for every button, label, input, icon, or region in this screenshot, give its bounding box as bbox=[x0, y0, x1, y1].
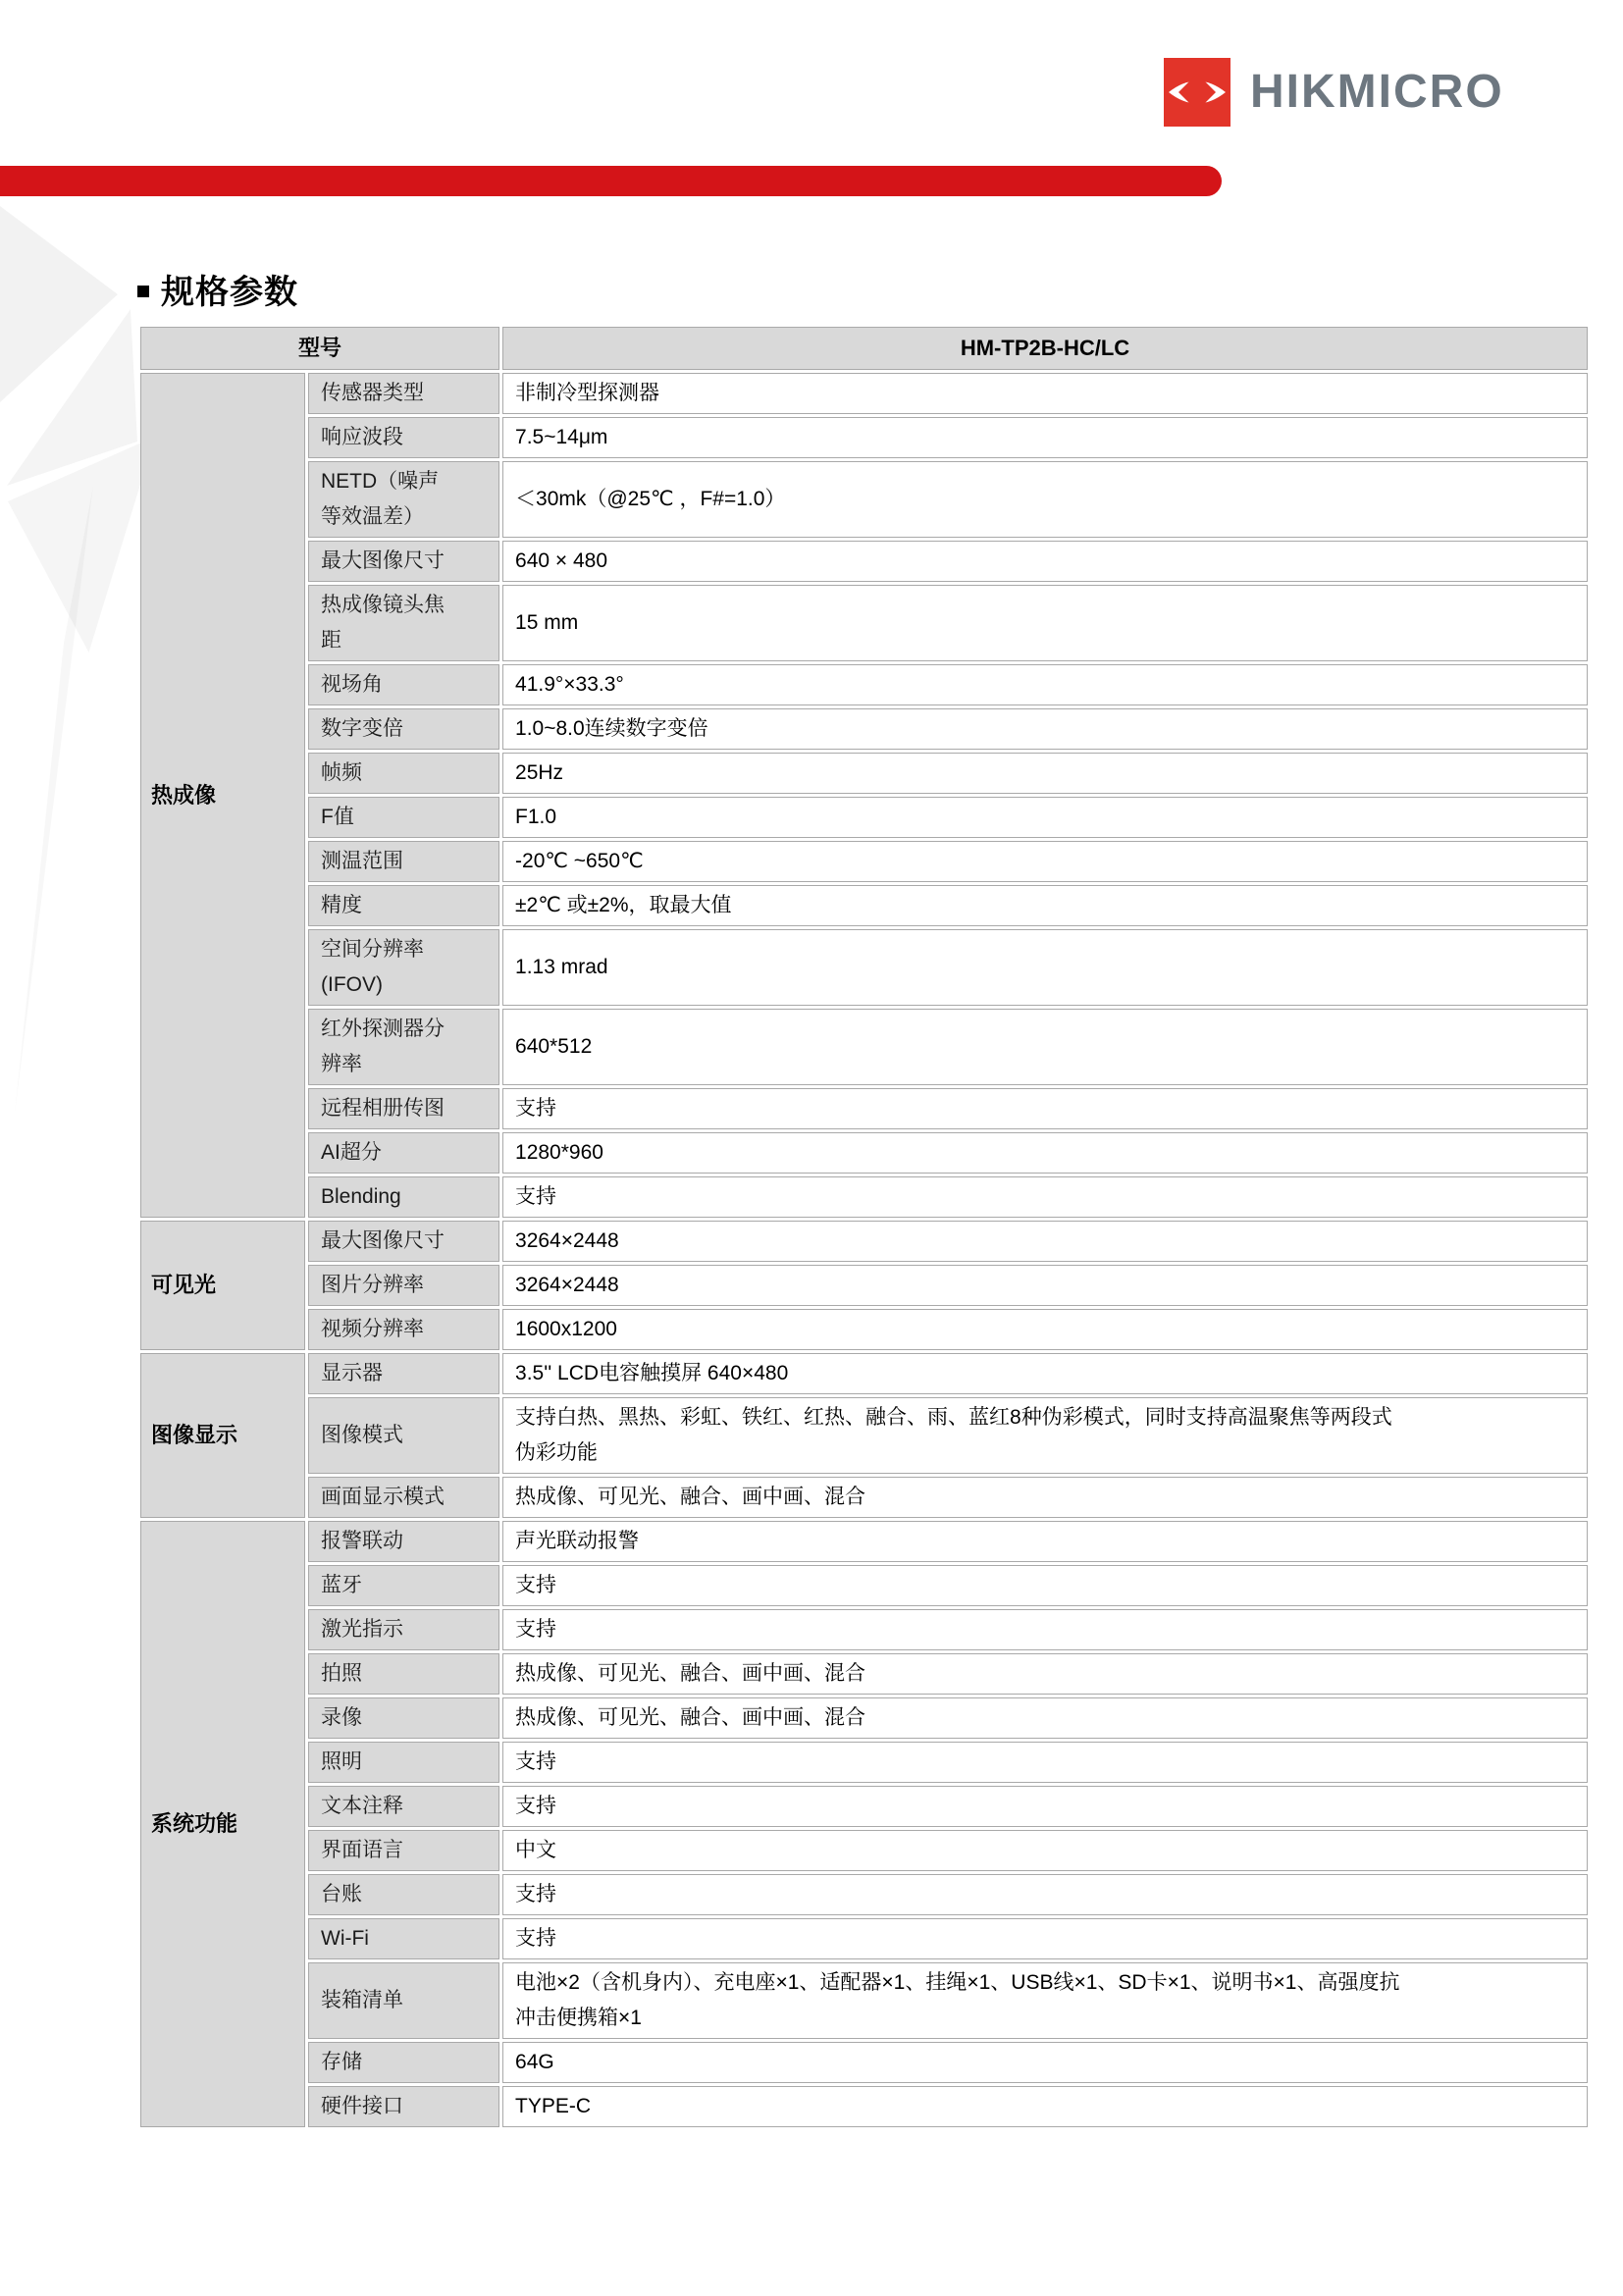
param-label: 蓝牙 bbox=[308, 1565, 499, 1606]
table-row: 可见光 最大图像尺寸 3264×2448 bbox=[140, 1221, 1588, 1262]
table-row: 录像热成像、可见光、融合、画中画、混合 bbox=[140, 1697, 1588, 1739]
table-row: 测温范围-20℃ ~650℃ bbox=[140, 841, 1588, 882]
param-value: ±2℃ 或±2%，取最大值 bbox=[502, 885, 1588, 926]
table-row: 帧频25Hz bbox=[140, 753, 1588, 794]
param-value: 640 × 480 bbox=[502, 541, 1588, 582]
param-value: 支持 bbox=[502, 1176, 1588, 1218]
table-row: 空间分辨率 (IFOV)1.13 mrad bbox=[140, 929, 1588, 1006]
param-label: 照明 bbox=[308, 1742, 499, 1783]
page-title: 规格参数 bbox=[161, 265, 298, 313]
param-value: 支持 bbox=[502, 1874, 1588, 1915]
table-row: Wi-Fi支持 bbox=[140, 1918, 1588, 1959]
param-value: 25Hz bbox=[502, 753, 1588, 794]
param-value: 支持 bbox=[502, 1565, 1588, 1606]
param-value: F1.0 bbox=[502, 797, 1588, 838]
param-label: 装箱清单 bbox=[308, 1962, 499, 2039]
table-header-row: 型号 HM-TP2B-HC/LC bbox=[140, 327, 1588, 370]
table-row: 数字变倍1.0~8.0连续数字变倍 bbox=[140, 708, 1588, 750]
square-bullet-icon bbox=[137, 286, 149, 297]
param-label: F值 bbox=[308, 797, 499, 838]
param-value: 1280*960 bbox=[502, 1132, 1588, 1174]
param-value: TYPE-C bbox=[502, 2086, 1588, 2127]
param-value: 中文 bbox=[502, 1830, 1588, 1871]
table-row: 图像显示 显示器 3.5'' LCD电容触摸屏 640×480 bbox=[140, 1353, 1588, 1394]
brand-logo: HIKMICRO bbox=[1164, 58, 1504, 127]
brand-wordmark: HIKMICRO bbox=[1250, 58, 1504, 127]
param-value: 热成像、可见光、融合、画中画、混合 bbox=[502, 1653, 1588, 1695]
param-label: 红外探测器分 辨率 bbox=[308, 1009, 499, 1085]
section-title: 规格参数 bbox=[137, 265, 298, 313]
param-value: 1.0~8.0连续数字变倍 bbox=[502, 708, 1588, 750]
table-row: F值F1.0 bbox=[140, 797, 1588, 838]
param-label: 视频分辨率 bbox=[308, 1309, 499, 1350]
param-label: Wi-Fi bbox=[308, 1918, 499, 1959]
category-cell-system: 系统功能 bbox=[140, 1521, 305, 2127]
param-value: 支持白热、黑热、彩虹、铁红、红热、融合、雨、蓝红8种伪彩模式，同时支持高温聚焦等… bbox=[502, 1397, 1588, 1474]
param-value: 1600x1200 bbox=[502, 1309, 1588, 1350]
spec-table: 型号 HM-TP2B-HC/LC 热成像 传感器类型 非制冷型探测器 响应波段7… bbox=[137, 324, 1591, 2130]
param-value: 支持 bbox=[502, 1918, 1588, 1959]
param-label: 录像 bbox=[308, 1697, 499, 1739]
table-row: NETD（噪声 等效温差）＜30mk（@25℃ ，F#=1.0） bbox=[140, 461, 1588, 538]
param-value: 支持 bbox=[502, 1088, 1588, 1129]
table-row: 图片分辨率3264×2448 bbox=[140, 1265, 1588, 1306]
param-value: 非制冷型探测器 bbox=[502, 373, 1588, 414]
param-value: 64G bbox=[502, 2042, 1588, 2083]
table-row: 热成像镜头焦 距15 mm bbox=[140, 585, 1588, 661]
red-banner-bar bbox=[0, 166, 1222, 196]
table-row: 蓝牙支持 bbox=[140, 1565, 1588, 1606]
table-row: 文本注释支持 bbox=[140, 1786, 1588, 1827]
hikmicro-eye-icon bbox=[1164, 58, 1230, 127]
param-value: 声光联动报警 bbox=[502, 1521, 1588, 1562]
table-row: 视频分辨率1600x1200 bbox=[140, 1309, 1588, 1350]
table-row: 最大图像尺寸640 × 480 bbox=[140, 541, 1588, 582]
param-label: 硬件接口 bbox=[308, 2086, 499, 2127]
param-value: 热成像、可见光、融合、画中画、混合 bbox=[502, 1697, 1588, 1739]
param-label: 测温范围 bbox=[308, 841, 499, 882]
param-value: ＜30mk（@25℃ ，F#=1.0） bbox=[502, 461, 1588, 538]
param-label: 最大图像尺寸 bbox=[308, 541, 499, 582]
table-row: 视场角41.9°×33.3° bbox=[140, 664, 1588, 705]
category-cell-visible: 可见光 bbox=[140, 1221, 305, 1350]
param-label: 空间分辨率 (IFOV) bbox=[308, 929, 499, 1006]
param-value: -20℃ ~650℃ bbox=[502, 841, 1588, 882]
param-label: 视场角 bbox=[308, 664, 499, 705]
param-value: 7.5~14μm bbox=[502, 417, 1588, 458]
param-value: 3.5'' LCD电容触摸屏 640×480 bbox=[502, 1353, 1588, 1394]
param-label: 界面语言 bbox=[308, 1830, 499, 1871]
param-value: 电池×2（含机身内）、充电座×1、适配器×1、挂绳×1、USB线×1、SD卡×1… bbox=[502, 1962, 1588, 2039]
param-label: 图像模式 bbox=[308, 1397, 499, 1474]
table-row: 远程相册传图支持 bbox=[140, 1088, 1588, 1129]
table-row: 系统功能 报警联动 声光联动报警 bbox=[140, 1521, 1588, 1562]
param-label: 热成像镜头焦 距 bbox=[308, 585, 499, 661]
param-value: 支持 bbox=[502, 1786, 1588, 1827]
table-row: 响应波段7.5~14μm bbox=[140, 417, 1588, 458]
param-value: 1.13 mrad bbox=[502, 929, 1588, 1006]
table-row: 界面语言中文 bbox=[140, 1830, 1588, 1871]
table-row: 装箱清单电池×2（含机身内）、充电座×1、适配器×1、挂绳×1、USB线×1、S… bbox=[140, 1962, 1588, 2039]
param-label: 图片分辨率 bbox=[308, 1265, 499, 1306]
param-label: 传感器类型 bbox=[308, 373, 499, 414]
table-row: 台账支持 bbox=[140, 1874, 1588, 1915]
param-label: 数字变倍 bbox=[308, 708, 499, 750]
param-label: 远程相册传图 bbox=[308, 1088, 499, 1129]
table-row: 精度±2℃ 或±2%，取最大值 bbox=[140, 885, 1588, 926]
param-label: 台账 bbox=[308, 1874, 499, 1915]
table-row: 图像模式支持白热、黑热、彩虹、铁红、红热、融合、雨、蓝红8种伪彩模式，同时支持高… bbox=[140, 1397, 1588, 1474]
param-value: 41.9°×33.3° bbox=[502, 664, 1588, 705]
table-row: 激光指示支持 bbox=[140, 1609, 1588, 1650]
param-label: 显示器 bbox=[308, 1353, 499, 1394]
param-label: AI超分 bbox=[308, 1132, 499, 1174]
table-row: AI超分1280*960 bbox=[140, 1132, 1588, 1174]
model-label-cell: 型号 bbox=[140, 327, 499, 370]
param-label: 帧频 bbox=[308, 753, 499, 794]
param-value: 15 mm bbox=[502, 585, 1588, 661]
model-value-cell: HM-TP2B-HC/LC bbox=[502, 327, 1588, 370]
param-value: 640*512 bbox=[502, 1009, 1588, 1085]
param-value: 3264×2448 bbox=[502, 1265, 1588, 1306]
param-value: 热成像、可见光、融合、画中画、混合 bbox=[502, 1477, 1588, 1518]
table-row: 存储64G bbox=[140, 2042, 1588, 2083]
table-row: 画面显示模式热成像、可见光、融合、画中画、混合 bbox=[140, 1477, 1588, 1518]
param-label: 最大图像尺寸 bbox=[308, 1221, 499, 1262]
param-label: 文本注释 bbox=[308, 1786, 499, 1827]
category-cell-thermal: 热成像 bbox=[140, 373, 305, 1218]
param-value: 支持 bbox=[502, 1742, 1588, 1783]
table-row: 红外探测器分 辨率640*512 bbox=[140, 1009, 1588, 1085]
table-row: 热成像 传感器类型 非制冷型探测器 bbox=[140, 373, 1588, 414]
param-label: 响应波段 bbox=[308, 417, 499, 458]
param-value: 3264×2448 bbox=[502, 1221, 1588, 1262]
category-cell-display: 图像显示 bbox=[140, 1353, 305, 1518]
table-row: Blending支持 bbox=[140, 1176, 1588, 1218]
param-label: 精度 bbox=[308, 885, 499, 926]
param-label: 拍照 bbox=[308, 1653, 499, 1695]
param-label: 报警联动 bbox=[308, 1521, 499, 1562]
param-label: 存储 bbox=[308, 2042, 499, 2083]
param-label: NETD（噪声 等效温差） bbox=[308, 461, 499, 538]
table-row: 照明支持 bbox=[140, 1742, 1588, 1783]
param-label: Blending bbox=[308, 1176, 499, 1218]
table-row: 拍照热成像、可见光、融合、画中画、混合 bbox=[140, 1653, 1588, 1695]
param-label: 画面显示模式 bbox=[308, 1477, 499, 1518]
param-label: 激光指示 bbox=[308, 1609, 499, 1650]
param-value: 支持 bbox=[502, 1609, 1588, 1650]
table-row: 硬件接口TYPE-C bbox=[140, 2086, 1588, 2127]
